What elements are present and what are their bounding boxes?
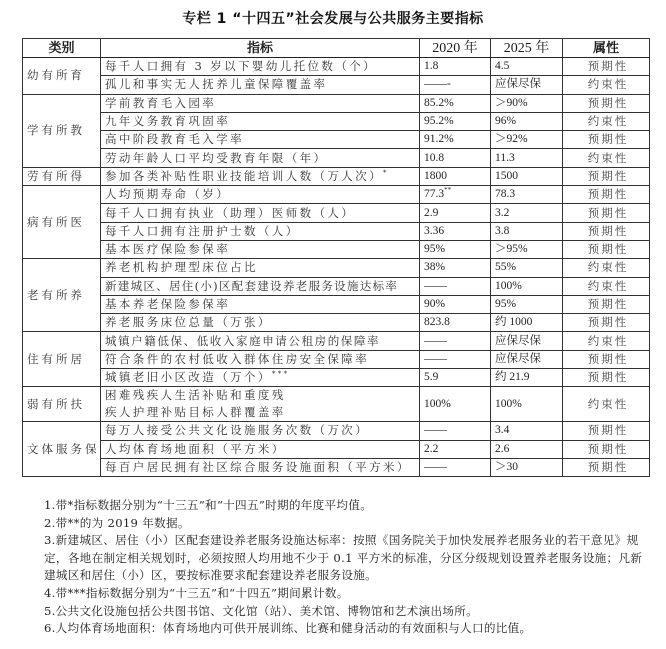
value-2025-cell: 1500: [491, 167, 563, 185]
value-2020-cell: 1.8: [420, 58, 491, 76]
attribute-cell: 约束性: [563, 387, 650, 422]
table-row: 住有所居 城镇户籍低保、低收入家庭申请公租房的保障率 —— 应保尽保 约束性: [23, 332, 650, 350]
value-2020-cell: 5.9: [420, 369, 491, 387]
indicator-cell: 养老服务床位总量（万张）: [101, 314, 420, 332]
footnotes: 1.带*指标数据分别为“十三五”和“十四五”时期的年度平均值。 2.带**的为 …: [44, 497, 644, 638]
value-2020-cell: 91.2%: [420, 131, 491, 149]
value-2020-cell: ——: [420, 422, 491, 440]
footnote-6: 6.人均体育场地面积：体育场地内可供开展训练、比赛和健身活动的有效面积与人口的比…: [44, 620, 644, 638]
attribute-cell: 预期性: [563, 240, 650, 258]
footnote-1: 1.带*指标数据分别为“十三五”和“十四五”时期的年度平均值。: [44, 497, 644, 515]
indicator-cell: 孤儿和事实无人抚养儿童保障覆盖率: [101, 76, 420, 94]
footnote-mark: ***: [272, 370, 290, 378]
table-row: 符合条件的农村低收入群体住房安全保障率 —— 应保尽保 预期性: [23, 350, 650, 368]
header-attribute: 属性: [563, 39, 650, 58]
indicator-cell: 每千人口拥有 3 岁以下婴幼儿托位数（个）: [101, 58, 420, 76]
value-2020-cell: 2.9: [420, 204, 491, 222]
indicator-text: 参加各类补贴性职业技能培训人数（万人次）: [105, 169, 383, 183]
table-row: 劳动年龄人口平均受教育年限（年） 10.8 11.3 约束性: [23, 149, 650, 167]
indicator-text: 城镇老旧小区改造（万个）: [105, 370, 272, 384]
indicator-cell: 新建城区、居住(小)区配套建设养老服务设施达标率: [101, 277, 420, 295]
table-row: 每百户居民拥有社区综合服务设施面积（平方米） —— ＞30 预期性: [23, 458, 650, 476]
table-row: 病有所医 人均预期寿命（岁） 77.3** 78.3 预期性: [23, 186, 650, 204]
value-2025-cell: 约 1000: [491, 314, 563, 332]
value-2025-cell: 应保尽保: [491, 350, 563, 368]
value-2020-cell: 95.2%: [420, 112, 491, 130]
indicator-cell: 每百户居民拥有社区综合服务设施面积（平方米）: [101, 458, 420, 476]
attribute-cell: 预期性: [563, 94, 650, 112]
attribute-cell: 约束性: [563, 112, 650, 130]
value-2020-cell: ——: [420, 458, 491, 476]
table-row: 老有所养 养老机构护理型床位占比 38% 55% 约束性: [23, 259, 650, 277]
indicator-cell: 人均预期寿命（岁）: [101, 186, 420, 204]
table-row: 幼有所育 每千人口拥有 3 岁以下婴幼儿托位数（个） 1.8 4.5 预期性: [23, 58, 650, 76]
header-2020: 2020 年: [420, 39, 491, 58]
value-2025-cell: 3.2: [491, 204, 563, 222]
value-2020-cell: 77.3**: [420, 186, 491, 204]
indicator-cell: 九年义务教育巩固率: [101, 112, 420, 130]
category-cell: 住有所居: [23, 332, 101, 387]
footnote-5: 5.公共文化设施包括公共图书馆、文化馆（站）、美术馆、博物馆和艺术演出场所。: [44, 603, 644, 621]
indicator-cell: 每万人接受公共文化设施服务次数（万次）: [101, 422, 420, 440]
attribute-cell: 预期性: [563, 131, 650, 149]
indicator-cell: 每千人口拥有执业（助理）医师数（人）: [101, 204, 420, 222]
table-row: 劳有所得 参加各类补贴性职业技能培训人数（万人次）* 1800 1500 预期性: [23, 167, 650, 185]
table-row: 弱有所扶 困难残疾人生活补贴和重度残疾人护理补贴目标人群覆盖率 100% 100…: [23, 387, 650, 422]
indicator-cell: 学前教育毛入园率: [101, 94, 420, 112]
category-cell: 老有所养: [23, 259, 101, 332]
value-2025-cell: 100%: [491, 277, 563, 295]
indicator-cell: 城镇户籍低保、低收入家庭申请公租房的保障率: [101, 332, 420, 350]
indicator-cell: 参加各类补贴性职业技能培训人数（万人次）*: [101, 167, 420, 185]
indicator-cell: 劳动年龄人口平均受教育年限（年）: [101, 149, 420, 167]
table-row: 九年义务教育巩固率 95.2% 96% 约束性: [23, 112, 650, 130]
attribute-cell: 预期性: [563, 314, 650, 332]
attribute-cell: 约束性: [563, 149, 650, 167]
value-2025-cell: 78.3: [491, 186, 563, 204]
value-2025-cell: 11.3: [491, 149, 563, 167]
value-2020-cell: ——-: [420, 76, 491, 94]
footnote-2: 2.带**的为 2019 年数据。: [44, 515, 644, 533]
category-cell: 文体服务保障: [23, 422, 101, 477]
category-cell: 弱有所扶: [23, 387, 101, 422]
value-2025-cell: 95%: [491, 295, 563, 313]
table-row: 养老服务床位总量（万张） 823.8 约 1000 预期性: [23, 314, 650, 332]
category-cell: 学有所教: [23, 94, 101, 167]
table-row: 孤儿和事实无人抚养儿童保障覆盖率 ——- 应保尽保 约束性: [23, 76, 650, 94]
value-2025-cell: ＞92%: [491, 131, 563, 149]
value-2020-cell: 10.8: [420, 149, 491, 167]
value-2025-cell: 4.5: [491, 58, 563, 76]
header-category: 类别: [23, 39, 101, 58]
value-2025-cell: 96%: [491, 112, 563, 130]
value-2020-cell: 100%: [420, 387, 491, 422]
indicator-cell: 基本医疗保险参保率: [101, 240, 420, 258]
indicator-cell: 困难残疾人生活补贴和重度残疾人护理补贴目标人群覆盖率: [101, 387, 420, 422]
value-2025-cell: ＞30: [491, 458, 563, 476]
indicator-cell: 城镇老旧小区改造（万个）***: [101, 369, 420, 387]
value-2020-cell: 1800: [420, 167, 491, 185]
indicator-cell: 每千人口拥有注册护士数（人）: [101, 222, 420, 240]
table-row: 每千人口拥有注册护士数（人） 3.36 3.8 预期性: [23, 222, 650, 240]
indicator-cell: 养老机构护理型床位占比: [101, 259, 420, 277]
attribute-cell: 约束性: [563, 277, 650, 295]
footnote-3: 3.新建城区、居住（小）区配套建设养老服务设施达标率：按照《国务院关于加快发展养…: [44, 532, 644, 585]
attribute-cell: 预期性: [563, 204, 650, 222]
attribute-cell: 预期性: [563, 167, 650, 185]
table-row: 高中阶段教育毛入学率 91.2% ＞92% 预期性: [23, 131, 650, 149]
footnote-mark: *: [383, 169, 389, 177]
value-2025-cell: 2.6: [491, 440, 563, 458]
category-cell: 病有所医: [23, 186, 101, 259]
footnote-4: 4.带***指标数据分别为“十三五”和“十四五”期间累计数。: [44, 585, 644, 603]
indicator-cell: 基本养老保险参保率: [101, 295, 420, 313]
value-2025-cell: ＞95%: [491, 240, 563, 258]
category-cell: 幼有所育: [23, 58, 101, 95]
value-2025-cell: ＞90%: [491, 94, 563, 112]
value-2025-cell: 100%: [491, 387, 563, 422]
table-row: 城镇老旧小区改造（万个）*** 5.9 约 21.9 预期性: [23, 369, 650, 387]
value-2025-cell: 约 21.9: [491, 369, 563, 387]
header-indicator: 指标: [101, 39, 420, 58]
value-2020-cell: ——: [420, 332, 491, 350]
attribute-cell: 约束性: [563, 332, 650, 350]
attribute-cell: 预期性: [563, 186, 650, 204]
value-2025-cell: 应保尽保: [491, 76, 563, 94]
attribute-cell: 约束性: [563, 76, 650, 94]
table-row: 文体服务保障 每万人接受公共文化设施服务次数（万次） —— 3.4 预期性: [23, 422, 650, 440]
value-2020-cell: ——: [420, 350, 491, 368]
attribute-cell: 预期性: [563, 350, 650, 368]
value-2025-cell: 3.8: [491, 222, 563, 240]
attribute-cell: 预期性: [563, 440, 650, 458]
value-2025-cell: 3.4: [491, 422, 563, 440]
indicator-cell: 人均体育场地面积（平方米）: [101, 440, 420, 458]
value-2020-cell: 38%: [420, 259, 491, 277]
value-2025-cell: 应保尽保: [491, 332, 563, 350]
attribute-cell: 预期性: [563, 222, 650, 240]
value-2020-cell: 90%: [420, 295, 491, 313]
table-row: 每千人口拥有执业（助理）医师数（人） 2.9 3.2 预期性: [23, 204, 650, 222]
table-row: 学有所教 学前教育毛入园率 85.2% ＞90% 预期性: [23, 94, 650, 112]
attribute-cell: 预期性: [563, 295, 650, 313]
value-2020-cell: 823.8: [420, 314, 491, 332]
table-header-row: 类别 指标 2020 年 2025 年 属性: [23, 39, 650, 58]
indicators-table: 类别 指标 2020 年 2025 年 属性 幼有所育 每千人口拥有 3 岁以下…: [22, 38, 650, 477]
indicator-cell: 符合条件的农村低收入群体住房安全保障率: [101, 350, 420, 368]
page-title: 专栏 1 “十四五”社会发展与公共服务主要指标: [0, 8, 666, 28]
value-2020-cell: 95%: [420, 240, 491, 258]
table-row: 人均体育场地面积（平方米） 2.2 2.6 预期性: [23, 440, 650, 458]
value-text: 77.3: [424, 188, 444, 200]
indicator-cell: 高中阶段教育毛入学率: [101, 131, 420, 149]
value-2020-cell: ——: [420, 277, 491, 295]
attribute-cell: 预期性: [563, 58, 650, 76]
attribute-cell: 预期性: [563, 458, 650, 476]
value-2025-cell: 55%: [491, 259, 563, 277]
value-2020-cell: 85.2%: [420, 94, 491, 112]
attribute-cell: 预期性: [563, 369, 650, 387]
table-row: 新建城区、居住(小)区配套建设养老服务设施达标率 —— 100% 约束性: [23, 277, 650, 295]
value-2020-cell: 2.2: [420, 440, 491, 458]
header-2025: 2025 年: [491, 39, 563, 58]
attribute-cell: 约束性: [563, 259, 650, 277]
category-cell: 劳有所得: [23, 167, 101, 185]
table-row: 基本医疗保险参保率 95% ＞95% 预期性: [23, 240, 650, 258]
table-row: 基本养老保险参保率 90% 95% 预期性: [23, 295, 650, 313]
attribute-cell: 预期性: [563, 422, 650, 440]
footnote-mark: **: [444, 186, 451, 194]
value-2020-cell: 3.36: [420, 222, 491, 240]
